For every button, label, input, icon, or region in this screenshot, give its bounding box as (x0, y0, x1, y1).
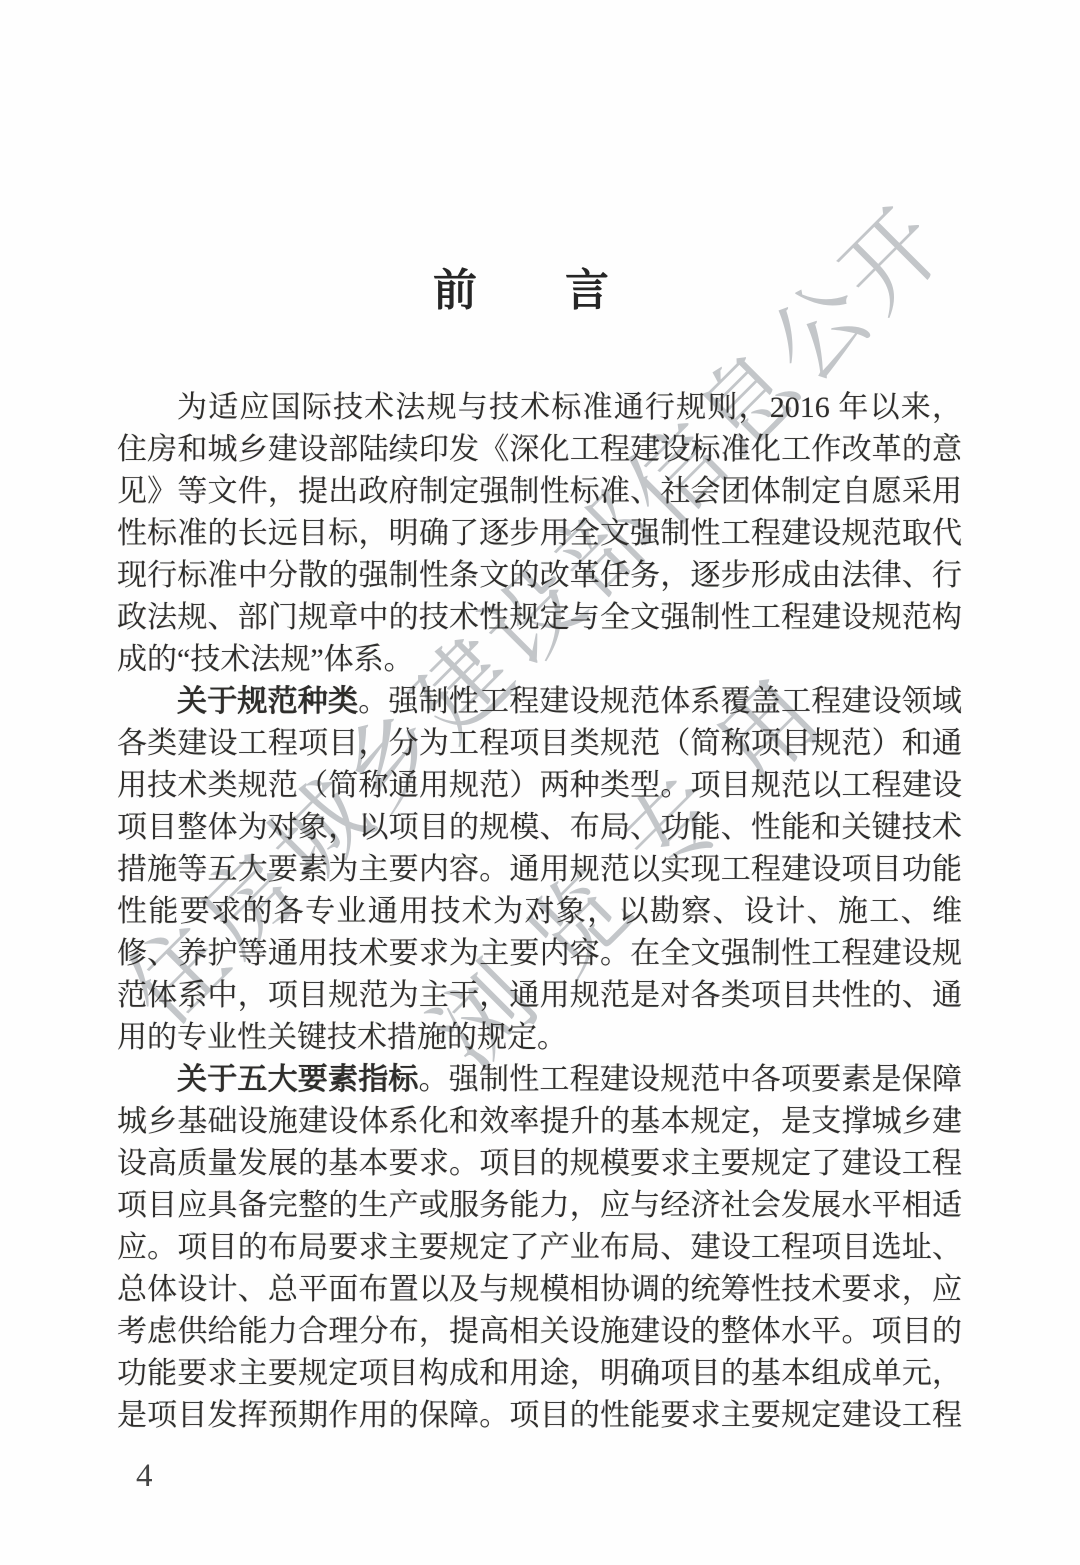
text-segment: 性标准的长远目标，明确了逐步用全文强制性工程建设规范取代 (117, 517, 962, 550)
text-line: 见》等文件，提出政府制定强制性标准、社会团体制定自愿采用 (117, 471, 962, 513)
text-line: 范体系中，项目规范为主干，通用规范是对各类项目共性的、通 (117, 975, 962, 1017)
text-segment: 项目应具备完整的生产或服务能力，应与经济社会发展水平相适 (117, 1189, 962, 1222)
text-segment: 功能要求主要规定项目构成和用途，明确项目的基本组成单元， (117, 1357, 962, 1390)
text-segment: 成的“技术法规”体系。 (117, 643, 414, 676)
paragraph: 关于五大要素指标。强制性工程建设规范中各项要素是保障城乡基础设施建设体系化和效率… (117, 1059, 962, 1437)
text-line: 性标准的长远目标，明确了逐步用全文强制性工程建设规范取代 (117, 513, 962, 555)
page-title: 前 言 (433, 268, 609, 314)
paragraph: 关于规范种类。强制性工程建设规范体系覆盖工程建设领域各类建设工程项目，分为工程项… (117, 681, 962, 1059)
text-segment: 。强制性工程建设规范中各项要素是保障 (419, 1063, 962, 1096)
text-line: 是项目发挥预期作用的保障。项目的性能要求主要规定建设工程 (117, 1395, 962, 1437)
text-segment: 。强制性工程建设规范体系覆盖工程建设领域 (358, 685, 962, 718)
text-segment: 应。项目的布局要求主要规定了产业布局、建设工程项目选址、 (117, 1231, 962, 1264)
text-segment: 项目整体为对象，以项目的规模、布局、功能、性能和关键技术 (117, 811, 962, 844)
text-segment: 见》等文件，提出政府制定强制性标准、社会团体制定自愿采用 (117, 475, 962, 508)
text-line: 城乡基础设施建设体系化和效率提升的基本规定，是支撑城乡建 (117, 1101, 962, 1143)
text-segment: 城乡基础设施建设体系化和效率提升的基本规定，是支撑城乡建 (117, 1105, 962, 1138)
text-segment: 总体设计、总平面布置以及与规模相协调的统筹性技术要求，应 (117, 1273, 962, 1306)
text-line: 功能要求主要规定项目构成和用途，明确项目的基本组成单元， (117, 1353, 962, 1395)
text-line: 用的专业性关键技术措施的规定。 (117, 1017, 962, 1059)
bold-lead: 关于五大要素指标 (177, 1063, 419, 1096)
body-text: 为适应国际技术法规与技术标准通行规则，2016 年以来，住房和城乡建设部陆续印发… (117, 387, 962, 1437)
text-segment: 现行标准中分散的强制性条文的改革任务，逐步形成由法律、行 (117, 559, 962, 592)
text-segment: 住房和城乡建设部陆续印发《深化工程建设标准化工作改革的意 (117, 433, 962, 466)
text-segment: 修、养护等通用技术要求为主要内容。在全文强制性工程建设规 (117, 937, 962, 970)
text-line: 总体设计、总平面布置以及与规模相协调的统筹性技术要求，应 (117, 1269, 962, 1311)
text-line: 项目整体为对象，以项目的规模、布局、功能、性能和关键技术 (117, 807, 962, 849)
text-segment: 性能要求的各专业通用技术为对象，以勘察、设计、施工、维 (117, 895, 962, 928)
text-segment: 是项目发挥预期作用的保障。项目的性能要求主要规定建设工程 (117, 1399, 962, 1432)
text-segment: 用技术类规范（简称通用规范）两种类型。项目规范以工程建设 (117, 769, 962, 802)
text-line: 成的“技术法规”体系。 (117, 639, 962, 681)
text-line: 修、养护等通用技术要求为主要内容。在全文强制性工程建设规 (117, 933, 962, 975)
page-number: 4 (136, 1458, 153, 1494)
text-segment: 用的专业性关键技术措施的规定。 (117, 1021, 567, 1054)
text-line: 设高质量发展的基本要求。项目的规模要求主要规定了建设工程 (117, 1143, 962, 1185)
text-line: 现行标准中分散的强制性条文的改革任务，逐步形成由法律、行 (117, 555, 962, 597)
text-segment: 各类建设工程项目，分为工程项目类规范（简称项目规范）和通 (117, 727, 962, 760)
text-segment: 为适应国际技术法规与技术标准通行规则，2016 年以来， (177, 391, 962, 424)
bold-lead: 关于规范种类 (177, 685, 358, 718)
text-line: 政法规、部门规章中的技术性规定与全文强制性工程建设规范构 (117, 597, 962, 639)
document-page: 住房城乡建设部信息公开 浏览专用 前 言 为适应国际技术法规与技术标准通行规则，… (0, 0, 1080, 1565)
text-line: 措施等五大要素为主要内容。通用规范以实现工程建设项目功能 (117, 849, 962, 891)
text-line: 为适应国际技术法规与技术标准通行规则，2016 年以来， (117, 387, 962, 429)
text-segment: 措施等五大要素为主要内容。通用规范以实现工程建设项目功能 (117, 853, 962, 886)
text-line: 关于规范种类。强制性工程建设规范体系覆盖工程建设领域 (117, 681, 962, 723)
text-line: 考虑供给能力合理分布，提高相关设施建设的整体水平。项目的 (117, 1311, 962, 1353)
text-line: 项目应具备完整的生产或服务能力，应与经济社会发展水平相适 (117, 1185, 962, 1227)
text-line: 关于五大要素指标。强制性工程建设规范中各项要素是保障 (117, 1059, 962, 1101)
paragraph: 为适应国际技术法规与技术标准通行规则，2016 年以来，住房和城乡建设部陆续印发… (117, 387, 962, 681)
text-segment: 设高质量发展的基本要求。项目的规模要求主要规定了建设工程 (117, 1147, 962, 1180)
text-line: 应。项目的布局要求主要规定了产业布局、建设工程项目选址、 (117, 1227, 962, 1269)
text-segment: 范体系中，项目规范为主干，通用规范是对各类项目共性的、通 (117, 979, 962, 1012)
text-line: 各类建设工程项目，分为工程项目类规范（简称项目规范）和通 (117, 723, 962, 765)
text-line: 住房和城乡建设部陆续印发《深化工程建设标准化工作改革的意 (117, 429, 962, 471)
text-segment: 政法规、部门规章中的技术性规定与全文强制性工程建设规范构 (117, 601, 962, 634)
text-line: 性能要求的各专业通用技术为对象，以勘察、设计、施工、维 (117, 891, 962, 933)
text-segment: 考虑供给能力合理分布，提高相关设施建设的整体水平。项目的 (117, 1315, 962, 1348)
text-line: 用技术类规范（简称通用规范）两种类型。项目规范以工程建设 (117, 765, 962, 807)
